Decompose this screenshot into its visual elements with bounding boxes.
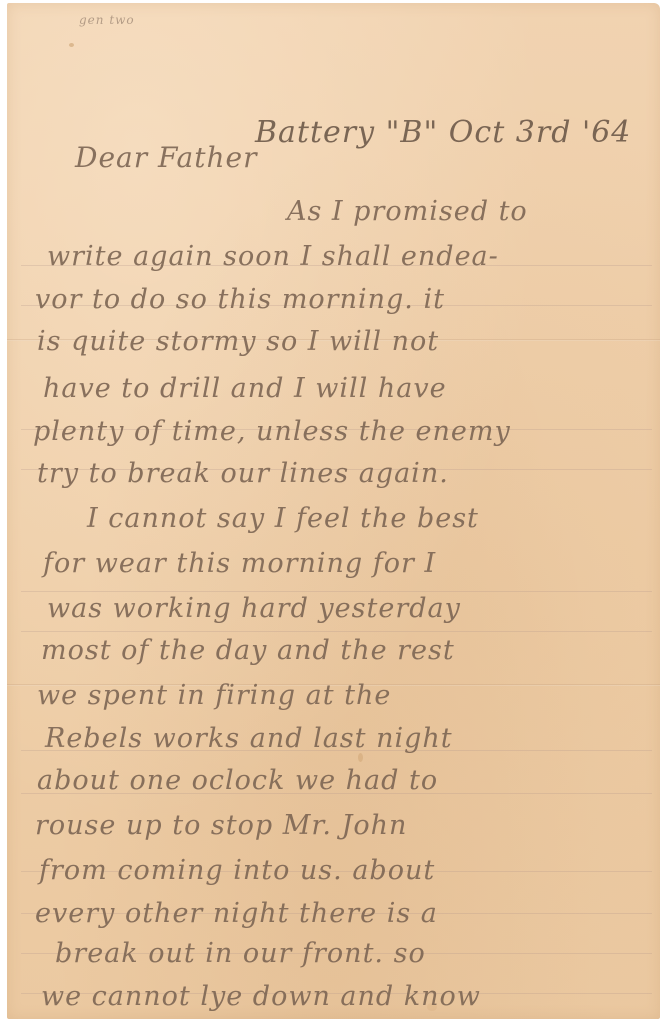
letter-line: break out in our front. so [55,938,426,969]
letter-line: have to drill and I will have [43,373,447,404]
letter-line: I cannot say I feel the best [87,503,479,534]
pencil-note: gen two [79,13,135,27]
letter-line: for wear this morning for I [43,548,436,579]
letter-line: plenty of time, unless the enemy [33,416,511,447]
letter-line: every other night there is a [35,898,438,929]
letter-page: gen two Battery "B" Oct 3rd '64 Dear Fat… [7,3,660,1019]
salutation: Dear Father [75,141,257,174]
stain-mark [69,43,74,47]
letter-line: is quite stormy so I will not [37,326,439,357]
letter-line: was working hard yesterday [47,593,461,624]
letter-line: we cannot lye down and know [41,981,481,1012]
letter-line: from coming into us. about [39,855,435,886]
letter-line: about one oclock we had to [37,765,438,796]
letter-line: Rebels works and last night [45,723,453,754]
stain-mark [358,753,363,762]
letter-line: write again soon I shall endea- [47,241,499,272]
letter-line: rouse up to stop Mr. John [35,810,407,841]
letter-line: try to break our lines again. [37,458,449,489]
letter-line: vor to do so this morning. it [35,284,445,315]
ruled-line [21,591,652,592]
ruled-line [21,631,652,632]
dateline: Battery "B" Oct 3rd '64 [255,115,631,150]
letter-line: most of the day and the rest [41,635,455,666]
letter-line: As I promised to [287,196,528,227]
letter-line: we spent in firing at the [37,680,391,711]
